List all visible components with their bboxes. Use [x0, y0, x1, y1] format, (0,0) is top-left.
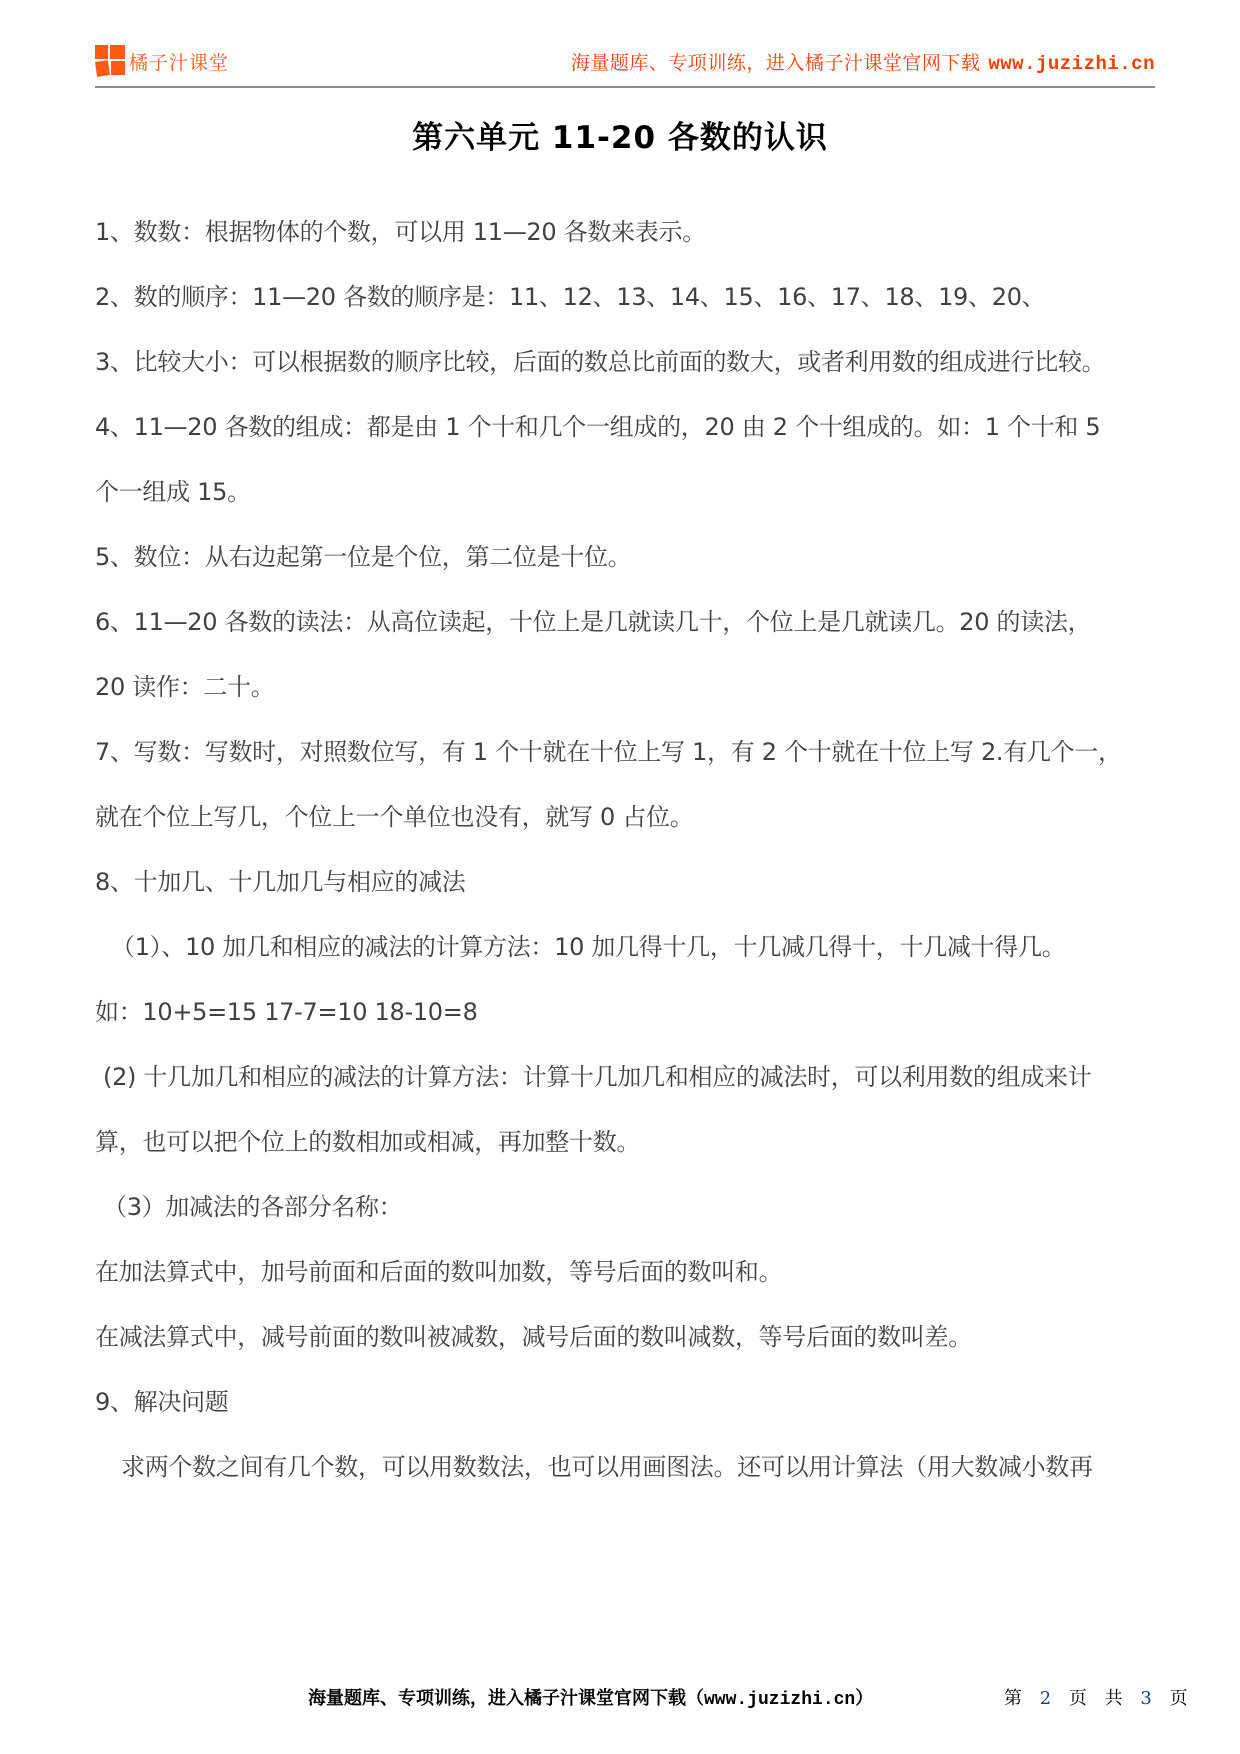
section-heading: 8、十加几、十几加几与相应的减法 — [95, 860, 1157, 925]
paragraph-line: 就在个位上写几，个位上一个单位也没有，就写 0 占位。 — [95, 795, 1157, 860]
paragraph-line: 在减法算式中，减号前面的数叫被减数，减号后面的数叫减数，等号后面的数叫差。 — [95, 1315, 1157, 1380]
current-page: 2 — [1040, 1688, 1057, 1709]
paragraph-line: 在加法算式中，加号前面和后面的数叫加数，等号后面的数叫和。 — [95, 1250, 1157, 1315]
page-header: 橘子汁课堂 海量题库、专项训练，进入橘子汁课堂官网下载www.juzizhi.c… — [95, 40, 1155, 88]
footer-slogan-text: 海量题库、专项训练，进入橘子汁课堂官网下载 — [308, 1688, 686, 1709]
document-title: 第六单元 11-20 各数的认识 — [0, 112, 1240, 157]
header-slogan-text: 海量题库、专项训练，进入橘子汁课堂官网下载 — [571, 52, 981, 74]
footer-url-link[interactable]: （www.juzizhi.cn） — [686, 1690, 873, 1710]
page-footer: 海量题库、专项训练，进入橘子汁课堂官网下载（www.juzizhi.cn） 第 … — [0, 1678, 1240, 1718]
logo-text: 橘子汁课堂 — [129, 48, 229, 75]
paragraph-line: （3）加减法的各部分名称： — [95, 1185, 1157, 1250]
paragraph-line: 5、数位：从右边起第一位是个位，第二位是十位。 — [95, 535, 1157, 600]
page-prefix: 第 — [1004, 1688, 1028, 1709]
page-suffix: 页 — [1170, 1688, 1194, 1709]
page-number: 第 2 页 共 3 页 — [1004, 1684, 1194, 1710]
paragraph-line: 1、数数：根据物体的个数，可以用 11—20 各数来表示。 — [95, 210, 1157, 275]
orange-squares-logo-icon — [95, 45, 125, 77]
document-body: 1、数数：根据物体的个数，可以用 11—20 各数来表示。 2、数的顺序：11—… — [95, 210, 1157, 1510]
paragraph-line: 求两个数之间有几个数，可以用数数法，也可以用画图法。还可以用计算法（用大数减小数… — [95, 1445, 1157, 1510]
paragraph-line: 算，也可以把个位上的数相加或相减，再加整十数。 — [95, 1120, 1157, 1185]
paragraph-line: 2、数的顺序：11—20 各数的顺序是：11、12、13、14、15、16、17… — [95, 275, 1157, 340]
footer-slogan: 海量题库、专项训练，进入橘子汁课堂官网下载（www.juzizhi.cn） — [308, 1684, 873, 1710]
example-line: 如：10+5=15 17-7=10 18-10=8 — [95, 990, 1157, 1055]
header-slogan: 海量题库、专项训练，进入橘子汁课堂官网下载www.juzizhi.cn — [571, 48, 1155, 75]
brand-logo: 橘子汁课堂 — [95, 44, 229, 78]
section-heading: 9、解决问题 — [95, 1380, 1157, 1445]
paragraph-line: 6、11—20 各数的读法：从高位读起，十位上是几就读几十，个位上是几就读几。2… — [95, 600, 1157, 665]
paragraph-line: 4、11—20 各数的组成：都是由 1 个十和几个一组成的，20 由 2 个十组… — [95, 405, 1157, 470]
paragraph-line: 7、写数：写数时，对照数位写，有 1 个十就在十位上写 1，有 2 个十就在十位… — [95, 730, 1157, 795]
paragraph-line: (2) 十几加几和相应的减法的计算方法：计算十几加几和相应的减法时，可以利用数的… — [95, 1055, 1157, 1120]
paragraph-line: 3、比较大小：可以根据数的顺序比较，后面的数总比前面的数大，或者利用数的组成进行… — [95, 340, 1157, 405]
header-url-link[interactable]: www.juzizhi.cn — [988, 53, 1155, 75]
page-middle: 页 共 — [1069, 1688, 1129, 1709]
paragraph-line: 20 读作：二十。 — [95, 665, 1157, 730]
total-pages: 3 — [1140, 1688, 1157, 1709]
paragraph-line: （1）、10 加几和相应的减法的计算方法：10 加几得十几，十几减几得十，十几减… — [95, 925, 1157, 990]
paragraph-line: 个一组成 15。 — [95, 470, 1157, 535]
